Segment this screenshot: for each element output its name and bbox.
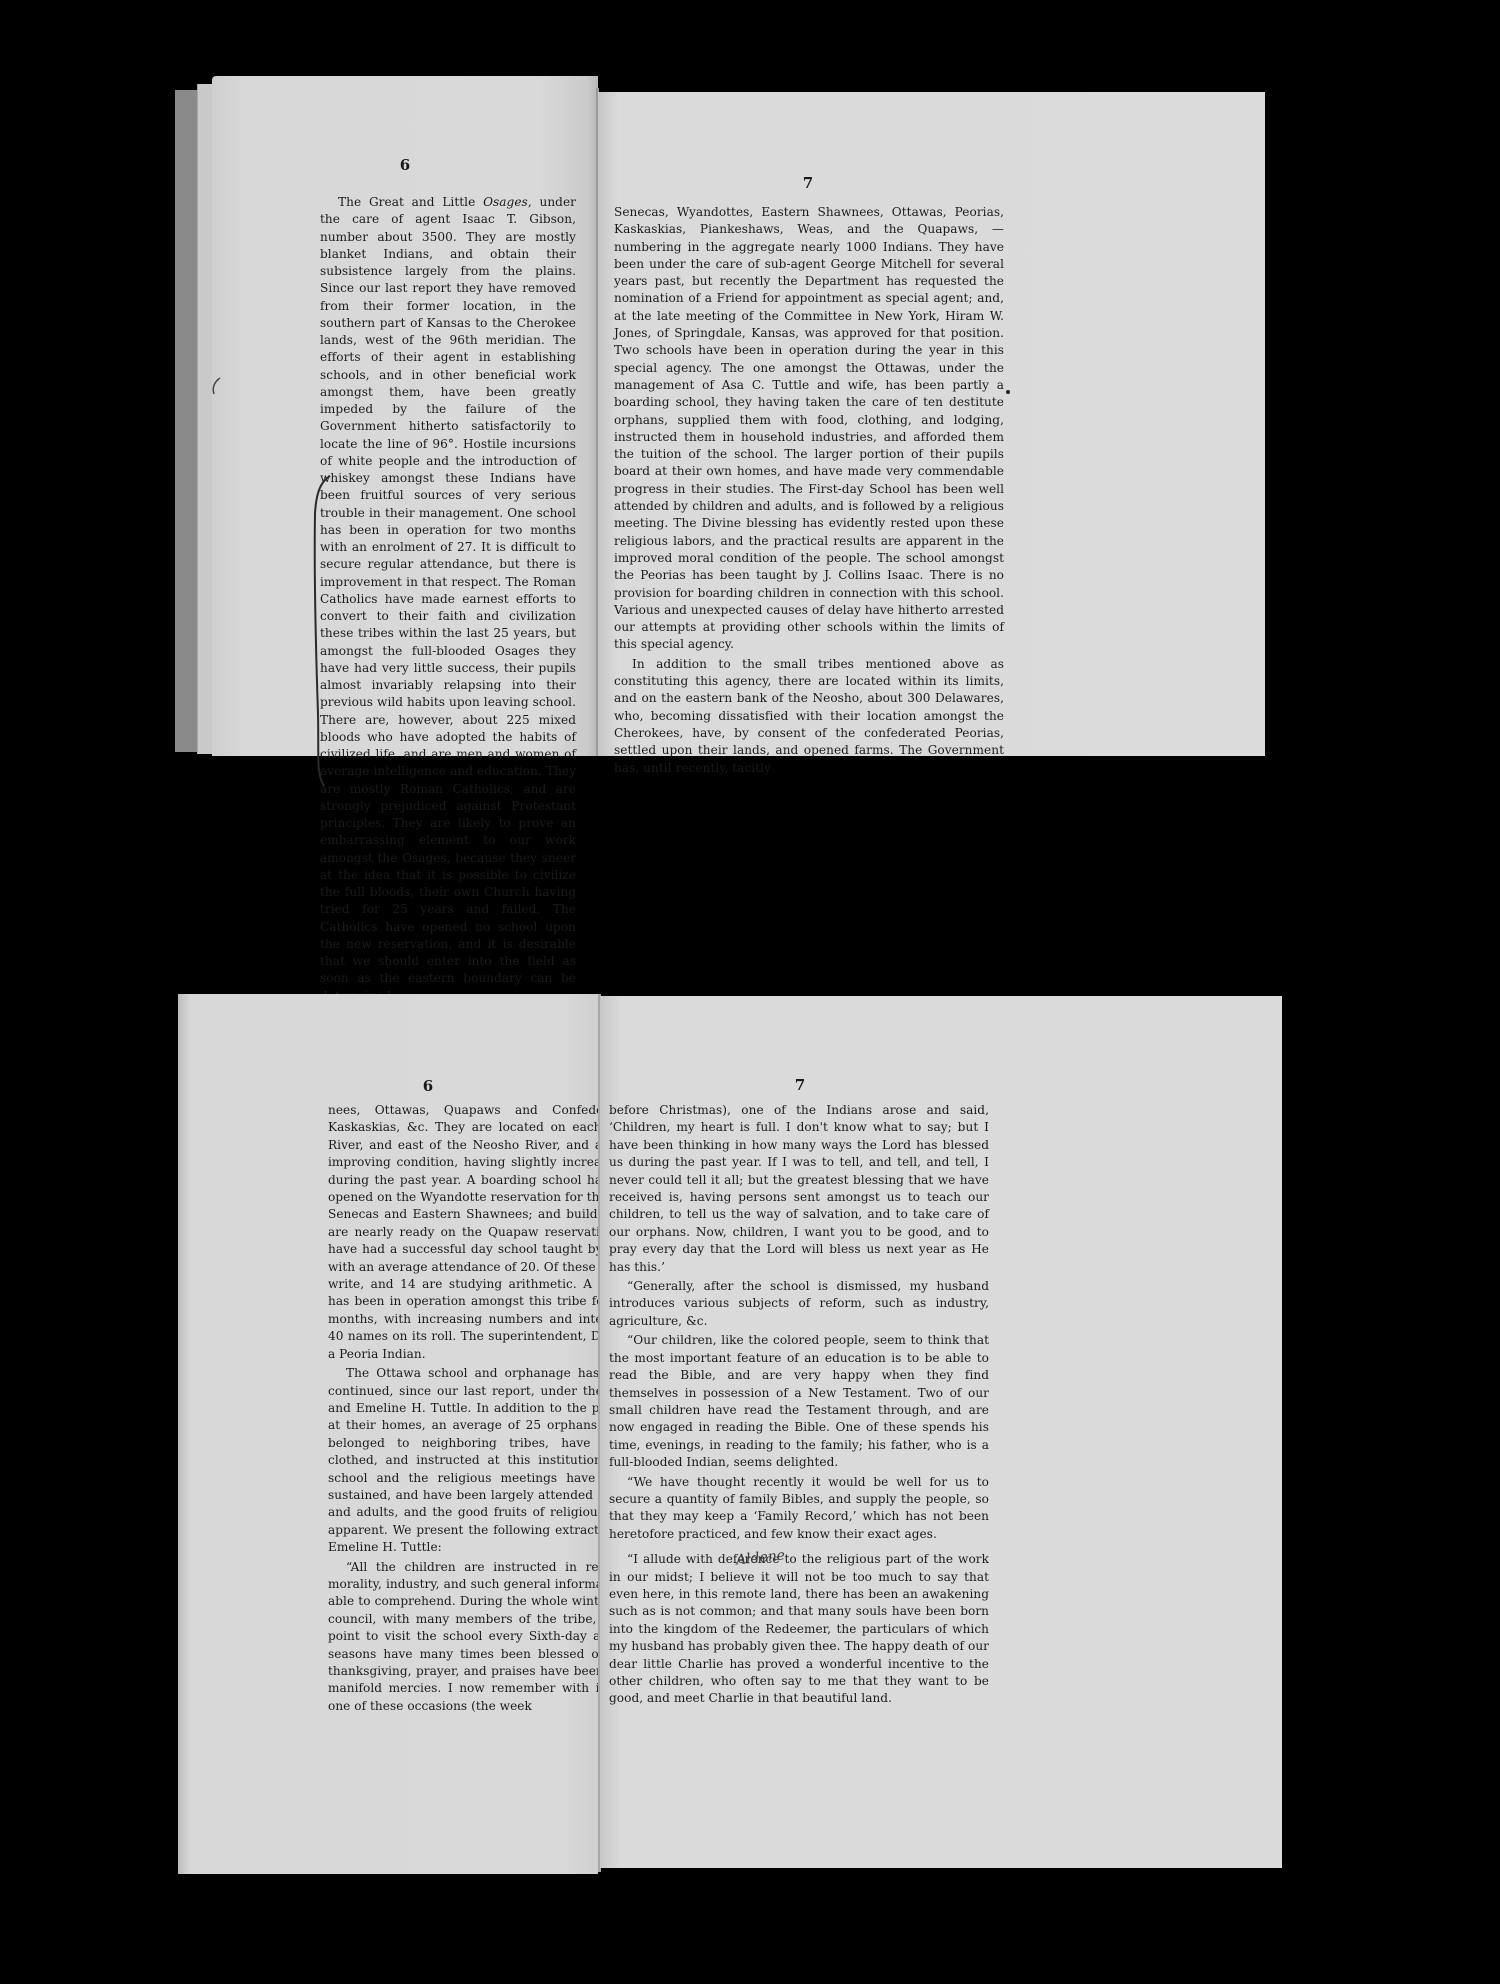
paragraph: Senecas, Wyandottes, Eastern Shawnees, O… [614,204,1004,654]
page-top-right: 7 Senecas, Wyandottes, Eastern Shawnees,… [598,92,1265,756]
page-body: The Great and Little Osages, under the c… [320,194,576,1093]
page-number: 6 [218,1077,638,1095]
italic-term: Osages [483,195,528,209]
paragraph: “Generally, after the school is dismisse… [609,1278,989,1330]
page-number: 6 [212,156,598,174]
margin-bracket-annotation [308,474,332,794]
paragraph: before Christmas), one of the Indians ar… [609,1102,989,1276]
page-body: before Christmas), one of the Indians ar… [609,1102,989,1708]
paragraph: In addition to the small tribes mentione… [614,656,1004,777]
page-bottom-right: 7 before Christmas), one of the Indians … [600,996,1282,1868]
paragraph: “Our children, like the colored people, … [609,1332,989,1471]
page-body: Senecas, Wyandottes, Eastern Shawnees, O… [614,204,1004,777]
page-top-left: 6 The Great and Little Osages, under the… [212,76,598,756]
margin-pencil-mark [210,376,224,396]
page-number: 7 [600,1076,1000,1094]
book-edge-shadow [175,90,197,752]
paragraph: “I allude with deference to the religiou… [609,1551,989,1708]
page-number: 7 [598,174,1018,192]
page-bottom-left: 6 nees, Ottawas, Quapaws and Confederate… [178,994,598,1874]
paragraph: The Great and Little Osages, under the c… [320,194,576,1005]
ink-speck [1006,390,1010,394]
paragraph: “We have thought recently it would be we… [609,1474,989,1544]
